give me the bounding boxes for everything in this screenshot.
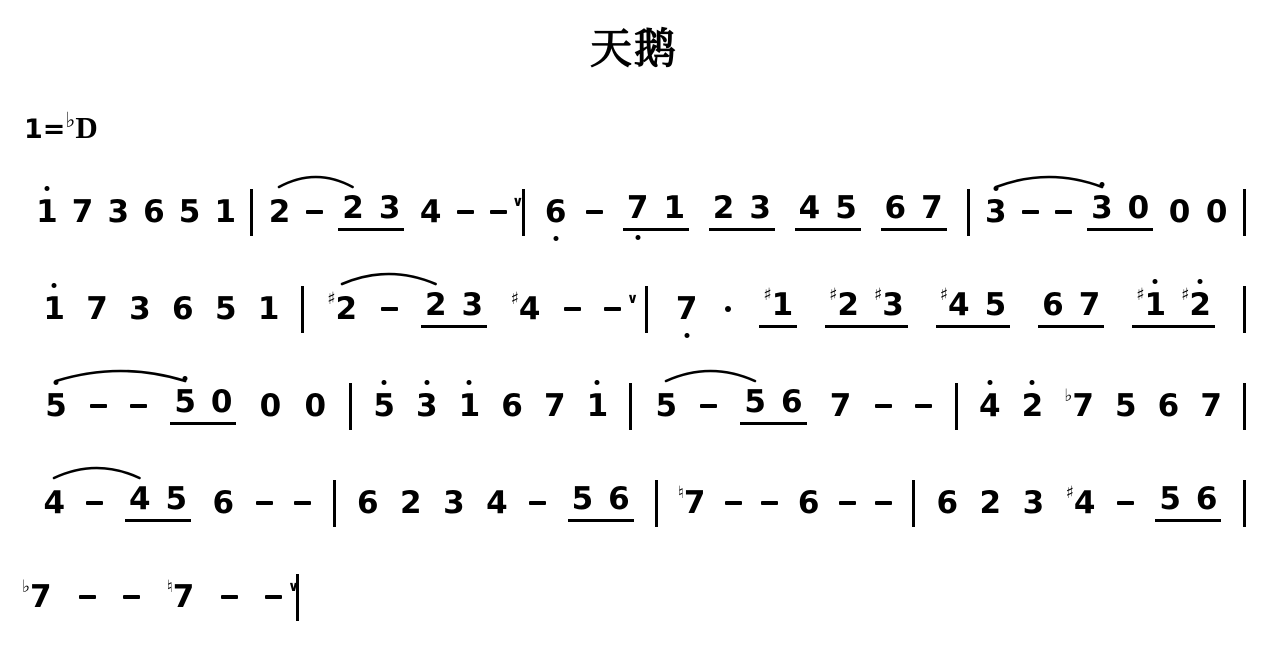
pitch-digit: 4 <box>420 197 442 228</box>
dot <box>725 306 731 312</box>
note: 4 <box>486 488 508 519</box>
note: ♯3 <box>874 290 904 321</box>
pitch-digit: 0 <box>1206 197 1228 228</box>
measure: 173651 <box>22 289 301 329</box>
note: ♭7 <box>22 582 52 613</box>
note: 7 <box>544 391 566 422</box>
beam-group: 50 <box>170 387 236 425</box>
breath-mark-icon: ∨ <box>627 292 638 306</box>
note: 4 <box>799 193 821 224</box>
note: 5 <box>45 391 67 422</box>
pitch-digit: 1 <box>1145 290 1167 321</box>
pitch-digit: 6 <box>885 193 907 224</box>
accidental-sharp-icon: ♯ <box>1136 287 1143 304</box>
note: ♭7 <box>1064 391 1094 422</box>
octave-dot-above <box>424 380 429 385</box>
pitch-digit: 2 <box>342 193 364 224</box>
dash-bar <box>1022 210 1039 214</box>
accidental-sharp-icon: ♯ <box>1066 485 1073 502</box>
note: 3 <box>379 193 401 224</box>
accidental-sharp-icon: ♯ <box>327 291 334 308</box>
note: 3 <box>985 197 1007 228</box>
score-line: 4456623456♮76623♯456 <box>22 474 1246 532</box>
measure: 531671 <box>352 386 629 426</box>
octave-dot-above <box>1030 380 1035 385</box>
beam-group: 56 <box>568 484 634 522</box>
note: 1 <box>587 391 609 422</box>
note: 6 <box>781 387 803 418</box>
pitch-digit: 7 <box>921 193 943 224</box>
dash <box>306 210 323 214</box>
beam-group: 45 <box>125 484 191 522</box>
note: 5 <box>166 484 188 515</box>
dash-bar <box>130 404 147 408</box>
rest: 0 <box>1169 197 1191 228</box>
accidental-sharp-icon: ♯ <box>763 287 770 304</box>
dash <box>564 307 581 311</box>
accidental-sharp-icon: ♯ <box>1181 287 1188 304</box>
accidental-sharp-icon: ♯ <box>829 287 836 304</box>
pitch-digit: 2 <box>837 290 859 321</box>
flat-icon: ♭ <box>65 108 75 132</box>
accidental-sharp-icon: ♯ <box>940 287 947 304</box>
note: 2 <box>269 197 291 228</box>
pitch-digit: 6 <box>1042 290 1064 321</box>
dash: ∨ <box>490 210 507 214</box>
note: 2 <box>980 488 1002 519</box>
beam-group: ♯45 <box>936 290 1010 328</box>
score: 1736512234∨67123456733000173651♯223♯4∨7♯… <box>22 183 1246 626</box>
pitch-digit: 3 <box>1091 193 1113 224</box>
dash-bar <box>294 501 311 505</box>
note: 1 <box>43 294 65 325</box>
dash <box>381 307 398 311</box>
beam-group: ♯1♯2 <box>1132 290 1215 328</box>
measure: 4456 <box>22 483 333 523</box>
dash <box>875 501 892 505</box>
octave-dot-above <box>183 376 188 381</box>
pitch-digit: 3 <box>749 193 771 224</box>
measure: 7♯1♯2♯3♯4567♯1♯2 <box>648 289 1243 329</box>
pitch-digit: 2 <box>400 488 422 519</box>
note: 3 <box>107 197 129 228</box>
pitch-digit: 1 <box>587 391 609 422</box>
dash-bar <box>761 501 778 505</box>
note: 7 <box>627 193 649 224</box>
pitch-digit: 1 <box>459 391 481 422</box>
pitch-digit: 6 <box>608 484 630 515</box>
dash-bar <box>123 595 140 599</box>
rest: 0 <box>211 387 233 418</box>
score-line: ♭7♮7∨ <box>22 568 1246 626</box>
note: 3 <box>1023 488 1045 519</box>
pitch-digit: 3 <box>379 193 401 224</box>
dash-bar <box>839 501 856 505</box>
note: ♯4 <box>511 294 541 325</box>
dash <box>839 501 856 505</box>
note: 2 <box>425 290 447 321</box>
beam-group: 67 <box>881 193 947 231</box>
note: 1 <box>258 294 280 325</box>
dash <box>915 404 932 408</box>
pitch-digit: 3 <box>1023 488 1045 519</box>
measure: 671234567 <box>525 192 966 232</box>
dash-bar <box>381 307 398 311</box>
breath-mark-icon: ∨ <box>288 580 299 594</box>
pitch-digit: 7 <box>72 197 94 228</box>
note: 5 <box>179 197 201 228</box>
note: 2 <box>342 193 364 224</box>
pitch-digit: 2 <box>425 290 447 321</box>
barline <box>1243 189 1246 236</box>
octave-dot-above <box>1198 279 1203 284</box>
dash <box>1022 210 1039 214</box>
pitch-digit: 4 <box>948 290 970 321</box>
pitch-digit: 0 <box>1128 193 1150 224</box>
score-line: 55000531671556742♭7567 <box>22 377 1246 435</box>
pitch-digit: 5 <box>174 387 196 418</box>
note: 7 <box>1200 391 1222 422</box>
measure: 5567 <box>632 386 955 426</box>
pitch-digit: 4 <box>129 484 151 515</box>
note: 1 <box>36 197 58 228</box>
barline <box>1243 383 1246 430</box>
dash <box>586 210 603 214</box>
pitch-digit: 6 <box>213 488 235 519</box>
octave-dot-above <box>993 186 998 191</box>
beam-group: 30 <box>1087 193 1153 231</box>
tie-arc <box>54 363 187 383</box>
note: 7 <box>1079 290 1101 321</box>
dash <box>130 404 147 408</box>
dash <box>457 210 474 214</box>
beam-group: 71 <box>623 193 689 231</box>
note: 6 <box>501 391 523 422</box>
pitch-digit: 3 <box>416 391 438 422</box>
octave-dot-above <box>1099 182 1104 187</box>
note: 3 <box>462 290 484 321</box>
dash-bar <box>586 210 603 214</box>
beam-group: 23 <box>421 290 487 328</box>
note: 6 <box>357 488 379 519</box>
note: 4 <box>979 391 1001 422</box>
note: 3 <box>129 294 151 325</box>
note: 6 <box>172 294 194 325</box>
accidental-sharp-icon: ♯ <box>511 291 518 308</box>
dash <box>875 404 892 408</box>
pitch-digit: 7 <box>544 391 566 422</box>
note: 1 <box>214 197 236 228</box>
pitch-digit: 3 <box>882 290 904 321</box>
octave-dot-below <box>553 236 558 241</box>
measure: ♮76 <box>658 483 912 523</box>
note: 7 <box>921 193 943 224</box>
note: 6 <box>1158 391 1180 422</box>
rest: 0 <box>1128 193 1150 224</box>
pitch-digit: 6 <box>357 488 379 519</box>
pitch-digit: 0 <box>260 391 282 422</box>
sheet-music-page: 天鹅 1=♭D 1736512234∨67123456733000173651♯… <box>0 0 1268 648</box>
pitch-digit: 1 <box>663 193 685 224</box>
octave-dot-above <box>52 283 57 288</box>
note: 1 <box>663 193 685 224</box>
dash <box>725 501 742 505</box>
pitch-digit: 2 <box>1189 290 1211 321</box>
breath-mark-icon: ∨ <box>512 195 523 209</box>
octave-dot-above <box>1153 279 1158 284</box>
dash <box>700 404 717 408</box>
pitch-digit: 7 <box>1072 391 1094 422</box>
barline <box>1243 286 1246 333</box>
note: 5 <box>373 391 395 422</box>
measure: 55000 <box>22 386 349 426</box>
octave-dot-above <box>53 380 58 385</box>
note: 7 <box>830 391 852 422</box>
pitch-digit: 5 <box>215 294 237 325</box>
note: ♯2 <box>1181 290 1211 321</box>
note: 5 <box>985 290 1007 321</box>
tie-arc <box>340 266 438 286</box>
dash <box>1055 210 1072 214</box>
note: 5 <box>174 387 196 418</box>
octave-dot-above <box>382 380 387 385</box>
pitch-digit: 5 <box>985 290 1007 321</box>
dash <box>123 595 140 599</box>
pitch-digit: 7 <box>627 193 649 224</box>
dash-bar <box>529 501 546 505</box>
note: 6 <box>608 484 630 515</box>
augmentation-dot <box>725 306 731 312</box>
pitch-digit: 5 <box>835 193 857 224</box>
dash-bar <box>604 307 621 311</box>
barline <box>1243 480 1246 527</box>
song-title: 天鹅 <box>0 0 1268 76</box>
note: 2 <box>1022 391 1044 422</box>
note: ♮7 <box>167 582 195 613</box>
octave-dot-above <box>44 186 49 191</box>
note: 5 <box>744 387 766 418</box>
dash-bar <box>265 595 282 599</box>
pitch-digit: 7 <box>30 582 52 613</box>
pitch-digit: 3 <box>107 197 129 228</box>
dash-bar <box>306 210 323 214</box>
note: 4 <box>129 484 151 515</box>
dash <box>761 501 778 505</box>
measure: 42♭7567 <box>958 386 1243 426</box>
dash <box>221 595 238 599</box>
beam-group: 56 <box>740 387 806 425</box>
pitch-digit: 4 <box>43 488 65 519</box>
beam-group: ♯1 <box>759 290 797 328</box>
note: 3 <box>1091 193 1113 224</box>
dash <box>86 501 103 505</box>
note: 6 <box>213 488 235 519</box>
note: 5 <box>1115 391 1137 422</box>
rest: 0 <box>260 391 282 422</box>
pitch-digit: 6 <box>143 197 165 228</box>
tie-arc <box>52 460 141 480</box>
pitch-digit: 6 <box>1158 391 1180 422</box>
pitch-digit: 7 <box>684 488 706 519</box>
accidental-flat-icon: ♭ <box>1064 388 1071 405</box>
octave-dot-below <box>684 333 689 338</box>
dash-bar <box>457 210 474 214</box>
dash-bar <box>875 501 892 505</box>
pitch-digit: 6 <box>501 391 523 422</box>
pitch-digit: 3 <box>985 197 1007 228</box>
dash-bar <box>1055 210 1072 214</box>
pitch-digit: 4 <box>486 488 508 519</box>
dash <box>294 501 311 505</box>
note: 7 <box>86 294 108 325</box>
note: 6 <box>885 193 907 224</box>
pitch-digit: 5 <box>179 197 201 228</box>
accidental-natural-icon: ♮ <box>678 485 683 502</box>
note: 6 <box>937 488 959 519</box>
note: 4 <box>420 197 442 228</box>
pitch-digit: 6 <box>172 294 194 325</box>
dash <box>90 404 107 408</box>
dash <box>529 501 546 505</box>
dash-bar <box>86 501 103 505</box>
note: ♯4 <box>940 290 970 321</box>
note: 5 <box>215 294 237 325</box>
pitch-digit: 6 <box>1196 484 1218 515</box>
tie-arc <box>994 169 1104 189</box>
beam-group: 23 <box>338 193 404 231</box>
pitch-digit: 1 <box>36 197 58 228</box>
accidental-natural-icon: ♮ <box>167 579 172 596</box>
octave-dot-below <box>635 235 640 240</box>
pitch-digit: 2 <box>269 197 291 228</box>
note: 6 <box>143 197 165 228</box>
note: 6 <box>545 197 567 228</box>
note: 7 <box>676 294 698 325</box>
note: 2 <box>713 193 735 224</box>
note: ♯4 <box>1066 488 1096 519</box>
dash-bar <box>256 501 273 505</box>
accidental-flat-icon: ♭ <box>22 579 29 596</box>
key-prefix: 1= <box>24 114 65 145</box>
tie-arc <box>664 363 757 383</box>
pitch-digit: 6 <box>798 488 820 519</box>
note: 5 <box>835 193 857 224</box>
note: 4 <box>43 488 65 519</box>
score-line: 1736512234∨67123456733000 <box>22 183 1246 241</box>
pitch-digit: 2 <box>1022 391 1044 422</box>
dash-bar <box>221 595 238 599</box>
pitch-digit: 6 <box>937 488 959 519</box>
pitch-digit: 6 <box>781 387 803 418</box>
dash <box>1117 501 1134 505</box>
pitch-digit: 5 <box>373 391 395 422</box>
note: 5 <box>1159 484 1181 515</box>
note: ♮7 <box>678 488 706 519</box>
dash-bar <box>564 307 581 311</box>
note: 6 <box>1042 290 1064 321</box>
pitch-digit: 2 <box>713 193 735 224</box>
pitch-digit: 1 <box>214 197 236 228</box>
note: ♯1 <box>1136 290 1166 321</box>
octave-dot-above <box>467 380 472 385</box>
octave-dot-above <box>595 380 600 385</box>
pitch-digit: 5 <box>572 484 594 515</box>
beam-group: ♯2♯3 <box>825 290 908 328</box>
note: 3 <box>416 391 438 422</box>
pitch-digit: 5 <box>45 391 67 422</box>
dash-bar <box>875 404 892 408</box>
pitch-digit: 5 <box>655 391 677 422</box>
pitch-digit: 1 <box>43 294 65 325</box>
score-line: 173651♯223♯4∨7♯1♯2♯3♯4567♯1♯2 <box>22 280 1246 338</box>
pitch-digit: 3 <box>129 294 151 325</box>
measure: ♭7♮7∨ <box>22 577 296 617</box>
beam-group: 67 <box>1038 290 1104 328</box>
measure: 33000 <box>970 192 1243 232</box>
note: 2 <box>400 488 422 519</box>
dash: ∨ <box>604 307 621 311</box>
note: 3 <box>749 193 771 224</box>
measure: ♯223♯4∨ <box>304 289 645 329</box>
pitch-digit: 1 <box>772 290 794 321</box>
pitch-digit: 4 <box>519 294 541 325</box>
note: 3 <box>443 488 465 519</box>
pitch-digit: 7 <box>1200 391 1222 422</box>
dash-bar <box>700 404 717 408</box>
pitch-digit: 3 <box>462 290 484 321</box>
beam-group: 23 <box>709 193 775 231</box>
pitch-digit: 3 <box>443 488 465 519</box>
pitch-digit: 0 <box>1169 197 1191 228</box>
beam-group: 45 <box>795 193 861 231</box>
dash: ∨ <box>265 595 282 599</box>
pitch-digit: 4 <box>799 193 821 224</box>
pitch-digit: 0 <box>304 391 326 422</box>
rest: 0 <box>1206 197 1228 228</box>
key-letter: D <box>75 110 97 145</box>
measure: 173651 <box>22 192 250 232</box>
measure: 623♯456 <box>915 483 1243 523</box>
pitch-digit: 5 <box>1159 484 1181 515</box>
pitch-digit: 2 <box>335 294 357 325</box>
pitch-digit: 5 <box>166 484 188 515</box>
octave-dot-above <box>987 380 992 385</box>
note: 6 <box>1196 484 1218 515</box>
pitch-digit: 7 <box>1079 290 1101 321</box>
dash-bar <box>90 404 107 408</box>
pitch-digit: 7 <box>676 294 698 325</box>
note: ♯2 <box>829 290 859 321</box>
dash-bar <box>915 404 932 408</box>
pitch-digit: 5 <box>744 387 766 418</box>
pitch-digit: 4 <box>979 391 1001 422</box>
pitch-digit: 2 <box>980 488 1002 519</box>
note: 6 <box>798 488 820 519</box>
accidental-sharp-icon: ♯ <box>874 287 881 304</box>
note: 7 <box>72 197 94 228</box>
rest: 0 <box>304 391 326 422</box>
pitch-digit: 1 <box>258 294 280 325</box>
note: 5 <box>655 391 677 422</box>
pitch-digit: 0 <box>211 387 233 418</box>
key-signature: 1=♭D <box>24 110 1268 144</box>
pitch-digit: 6 <box>545 197 567 228</box>
pitch-digit: 7 <box>173 582 195 613</box>
dash-bar <box>1117 501 1134 505</box>
beam-group: 56 <box>1155 484 1221 522</box>
dash <box>256 501 273 505</box>
dash-bar <box>79 595 96 599</box>
